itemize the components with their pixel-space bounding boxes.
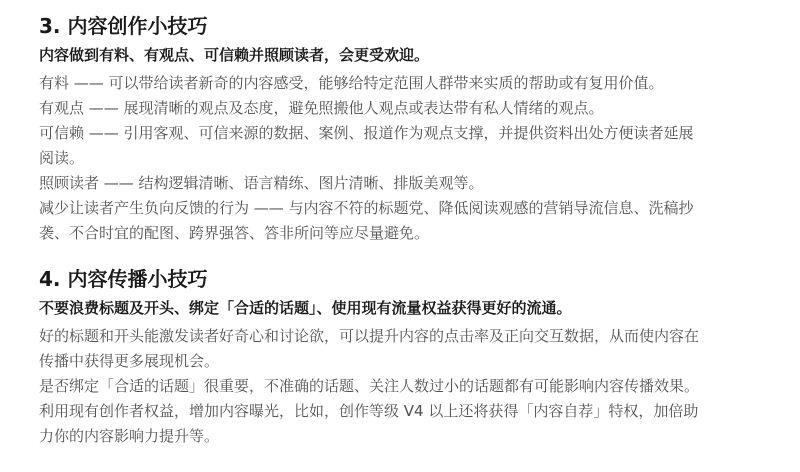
section-1-paragraph-4: 照顾读者 —— 结构逻辑清晰、语言精练、图片清晰、排版美观等。 — [39, 171, 705, 196]
section-2-intro: 不要浪费标题及开头、绑定「合适的话题」、使用现有流量权益获得更好的流通。 — [39, 296, 705, 321]
article-body: 3. 内容创作小技巧内容做到有料、有观点、可信赖并照顾读者，会更受欢迎。有料 —… — [0, 0, 705, 449]
section-1-paragraph-3: 可信赖 —— 引用客观、可信来源的数据、案例、报道作为观点支撑，并提供资料出处方… — [39, 121, 705, 171]
section-1-heading: 3. 内容创作小技巧 — [39, 12, 705, 40]
section-1-paragraph-2: 有观点 —— 展现清晰的观点及态度，避免照搬他人观点或表达带有私人情绪的观点。 — [39, 96, 705, 121]
section-2-heading: 4. 内容传播小技巧 — [39, 265, 705, 293]
section-1-paragraph-1: 有料 —— 可以带给读者新奇的内容感受，能够给特定范围人群带来实质的帮助或有复用… — [39, 71, 705, 96]
section-2-paragraph-1: 好的标题和开头能激发读者好奇心和讨论欲，可以提升内容的点击率及正向交互数据，从而… — [39, 324, 705, 374]
section-2-paragraph-3: 利用现有创作者权益，增加内容曝光，比如，创作等级 V4 以上还将获得「内容自荐」… — [39, 399, 705, 449]
section-2-paragraph-2: 是否绑定「合适的话题」很重要，不准确的话题、关注人数过小的话题都有可能影响内容传… — [39, 374, 705, 399]
section-1-paragraph-5: 减少让读者产生负向反馈的行为 —— 与内容不符的标题党、降低阅读观感的营销导流信… — [39, 196, 705, 246]
section-1-intro: 内容做到有料、有观点、可信赖并照顾读者，会更受欢迎。 — [39, 43, 705, 68]
